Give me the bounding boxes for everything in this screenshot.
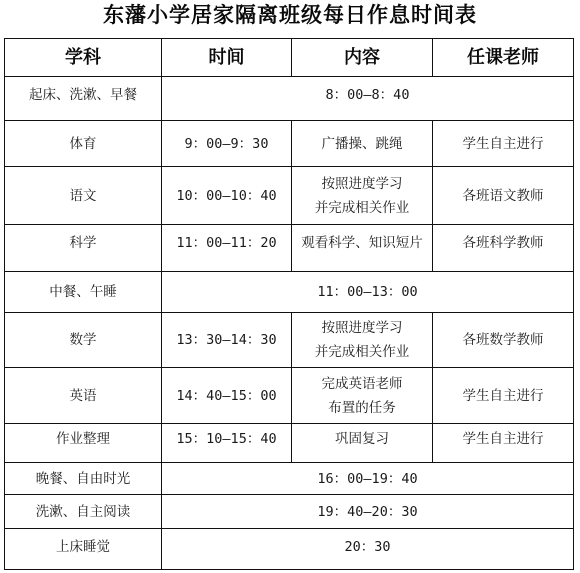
header-row: 学科 时间 内容 任课老师 bbox=[5, 39, 574, 77]
table-row: 洗漱、自主阅读 19：40—20：30 bbox=[5, 495, 574, 529]
cell-teacher: 学生自主进行 bbox=[433, 424, 574, 463]
cell-teacher: 各班语文教师 bbox=[433, 167, 574, 225]
cell-subject: 数学 bbox=[5, 313, 162, 368]
header-time: 时间 bbox=[162, 39, 292, 77]
cell-content: 观看科学、知识短片 bbox=[292, 225, 433, 272]
header-content: 内容 bbox=[292, 39, 433, 77]
table-row: 科学 11：00—11：20 观看科学、知识短片 各班科学教师 bbox=[5, 225, 574, 272]
cell-subject: 上床睡觉 bbox=[5, 529, 162, 570]
cell-time: 14：40—15：00 bbox=[162, 368, 292, 424]
header-teacher: 任课老师 bbox=[433, 39, 574, 77]
table-row: 起床、洗漱、早餐 8：00—8：40 bbox=[5, 77, 574, 121]
header-subject: 学科 bbox=[5, 39, 162, 77]
table-row: 上床睡觉 20：30 bbox=[5, 529, 574, 570]
cell-content: 巩固复习 bbox=[292, 424, 433, 463]
table-row: 晚餐、自由时光 16：00—19：40 bbox=[5, 463, 574, 495]
cell-time: 13：30—14：30 bbox=[162, 313, 292, 368]
cell-time: 16：00—19：40 bbox=[162, 463, 574, 495]
cell-teacher: 学生自主进行 bbox=[433, 368, 574, 424]
content-line: 完成英语老师 bbox=[292, 372, 432, 396]
cell-time: 11：00—11：20 bbox=[162, 225, 292, 272]
cell-subject: 体育 bbox=[5, 121, 162, 167]
cell-subject: 中餐、午睡 bbox=[5, 272, 162, 313]
table-row: 体育 9：00—9：30 广播操、跳绳 学生自主进行 bbox=[5, 121, 574, 167]
content-line: 按照进度学习 bbox=[292, 172, 432, 196]
cell-content: 广播操、跳绳 bbox=[292, 121, 433, 167]
table-row: 英语 14：40—15：00 完成英语老师 布置的任务 学生自主进行 bbox=[5, 368, 574, 424]
cell-teacher: 学生自主进行 bbox=[433, 121, 574, 167]
table-row: 中餐、午睡 11：00—13：00 bbox=[5, 272, 574, 313]
table-row: 语文 10：00—10：40 按照进度学习 并完成相关作业 各班语文教师 bbox=[5, 167, 574, 225]
cell-time: 20：30 bbox=[162, 529, 574, 570]
cell-time: 11：00—13：00 bbox=[162, 272, 574, 313]
cell-subject: 语文 bbox=[5, 167, 162, 225]
cell-content: 完成英语老师 布置的任务 bbox=[292, 368, 433, 424]
cell-subject: 起床、洗漱、早餐 bbox=[5, 77, 162, 121]
cell-subject: 科学 bbox=[5, 225, 162, 272]
table-row: 作业整理 15：10—15：40 巩固复习 学生自主进行 bbox=[5, 424, 574, 463]
content-line: 并完成相关作业 bbox=[292, 340, 432, 364]
cell-time: 15：10—15：40 bbox=[162, 424, 292, 463]
cell-subject: 晚餐、自由时光 bbox=[5, 463, 162, 495]
content-line: 布置的任务 bbox=[292, 396, 432, 420]
schedule-table: 学科 时间 内容 任课老师 起床、洗漱、早餐 8：00—8：40 体育 9：00… bbox=[4, 38, 574, 570]
cell-subject: 洗漱、自主阅读 bbox=[5, 495, 162, 529]
cell-time: 8：00—8：40 bbox=[162, 77, 574, 121]
table-row: 数学 13：30—14：30 按照进度学习 并完成相关作业 各班数学教师 bbox=[5, 313, 574, 368]
cell-subject: 英语 bbox=[5, 368, 162, 424]
cell-time: 10：00—10：40 bbox=[162, 167, 292, 225]
cell-content: 按照进度学习 并完成相关作业 bbox=[292, 167, 433, 225]
cell-content: 按照进度学习 并完成相关作业 bbox=[292, 313, 433, 368]
cell-teacher: 各班科学教师 bbox=[433, 225, 574, 272]
cell-time: 9：00—9：30 bbox=[162, 121, 292, 167]
cell-subject: 作业整理 bbox=[5, 424, 162, 463]
content-line: 按照进度学习 bbox=[292, 316, 432, 340]
page-title: 东藩小学居家隔离班级每日作息时间表 bbox=[0, 2, 580, 28]
cell-teacher: 各班数学教师 bbox=[433, 313, 574, 368]
content-line: 并完成相关作业 bbox=[292, 196, 432, 220]
cell-time: 19：40—20：30 bbox=[162, 495, 574, 529]
